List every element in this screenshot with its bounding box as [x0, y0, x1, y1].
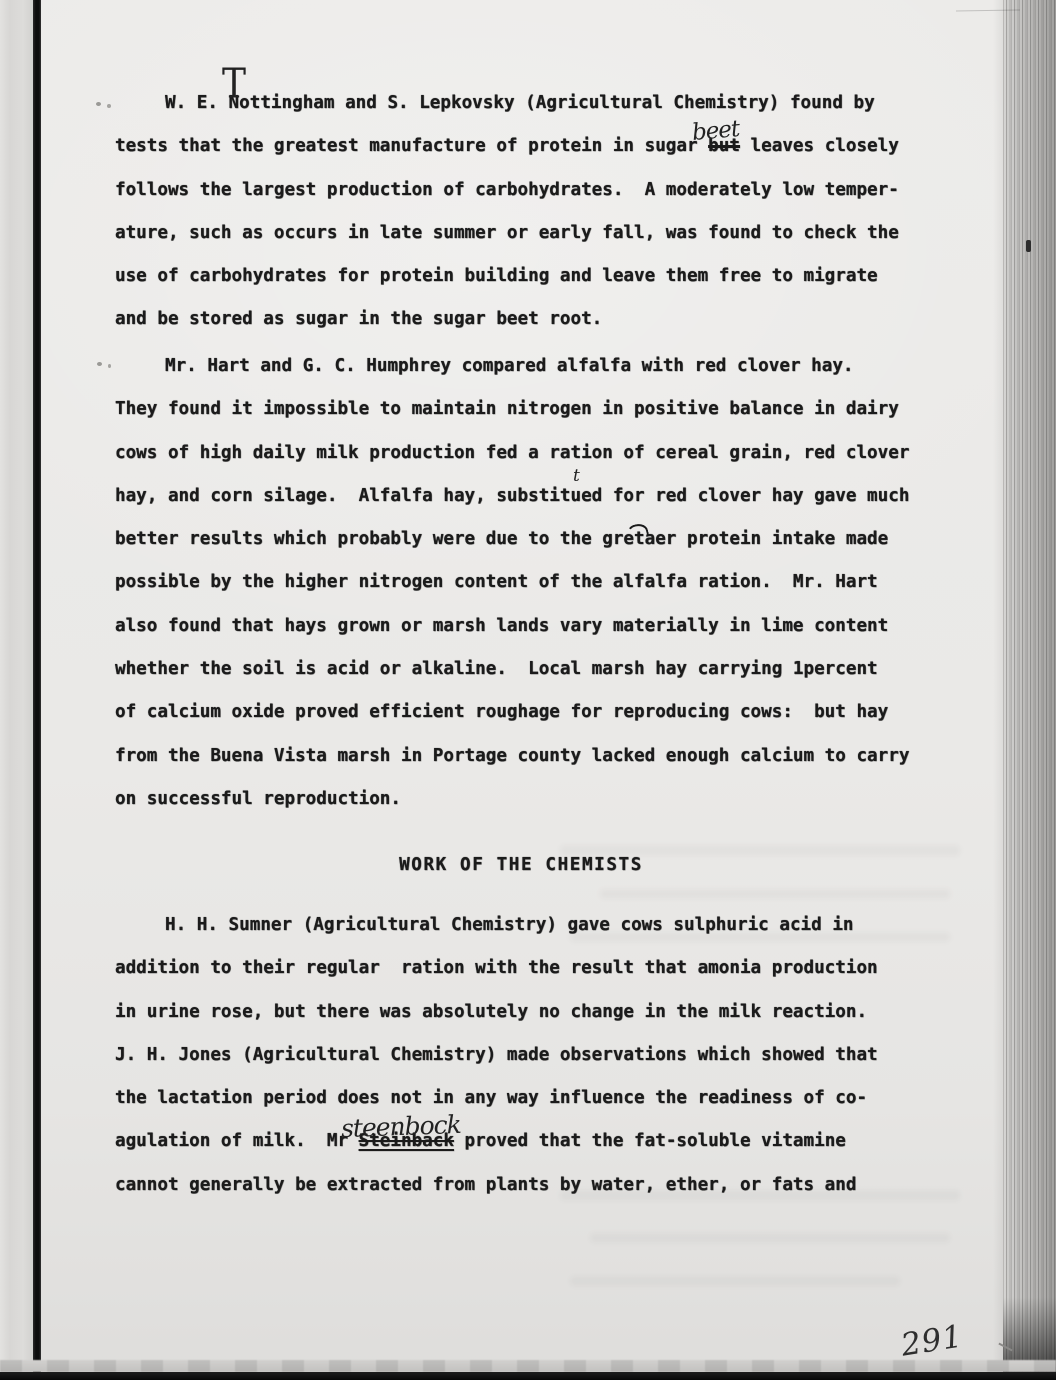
text-segment: cannot generally be extracted from plant… [115, 1175, 856, 1195]
text-segment: of calcium oxide proved efficient rougha… [115, 702, 888, 722]
paragraph-3: H. H. Sumner (Agricultural Chemistry) ga… [115, 904, 927, 1207]
text-segment: the lactation period does not in any way… [115, 1088, 867, 1108]
text-line: cannot generally be extracted from plant… [115, 1164, 927, 1207]
text-line: whether the soil is acid or alkaline. Lo… [115, 648, 927, 691]
text-line: also found that hays grown or marsh land… [115, 605, 927, 648]
text-line: hay, and corn silage. Alfalfa hay, subst… [115, 475, 927, 518]
handwritten-t-insert: t [573, 466, 580, 486]
text-segment: W. E. Nottingham and S. Lepkovsky (Agric… [165, 93, 875, 113]
paragraph-2: Mr. Hart and G. C. Humphrey compared alf… [115, 345, 927, 821]
text-segment: whether the soil is acid or alkaline. Lo… [115, 659, 878, 679]
text-line: They found it impossible to maintain nit… [115, 388, 927, 431]
text-segment: proved that the fat-soluble vitamine [454, 1131, 846, 1151]
text-line: and be stored as sugar in the sugar beet… [115, 298, 927, 341]
paragraph-1: W. E. Nottingham and S. Lepkovsky (Agric… [115, 82, 927, 342]
scan-edge-left-rule [33, 0, 41, 1380]
text-segment: on successful reproduction. [115, 789, 401, 809]
text-segment: better results which probably were due t… [115, 529, 888, 549]
text-line: cows of high daily milk production fed a… [115, 432, 927, 475]
text-segment: and be stored as sugar in the sugar beet… [115, 309, 602, 329]
text-line: the lactation period does not in any way… [115, 1077, 927, 1120]
text-segment: H. H. Sumner (Agricultural Chemistry) ga… [165, 915, 854, 935]
handwritten-t-correction: T [222, 61, 246, 108]
text-line: of calcium oxide proved efficient rougha… [115, 691, 927, 734]
scan-speck [108, 364, 111, 368]
text-line: ature, such as occurs in late summer or … [115, 212, 927, 255]
text-line: in urine rose, but there was absolutely … [115, 991, 927, 1034]
text-line: agulation of milk. Mr Steinback proved t… [115, 1120, 927, 1163]
text-segment: use of carbohydrates for protein buildin… [115, 266, 878, 286]
page-edge-mark [1026, 240, 1031, 252]
text-segment: addition to their regular ration with th… [115, 958, 878, 978]
text-line: follows the largest production of carboh… [115, 169, 927, 212]
ink-bleed-smudge [600, 889, 950, 899]
text-segment: also found that hays grown or marsh land… [115, 616, 888, 636]
text-line: possible by the higher nitrogen content … [115, 561, 927, 604]
text-line: J. H. Jones (Agricultural Chemistry) mad… [115, 1034, 927, 1077]
scan-speck [96, 102, 101, 106]
paper-right-seam [993, 0, 1003, 1380]
section-heading: WORK OF THE CHEMISTS [115, 844, 927, 887]
text-segment: ature, such as occurs in late summer or … [115, 223, 899, 243]
text-segment: tests that the greatest manufacture of p… [115, 136, 708, 156]
text-segment: They found it impossible to maintain nit… [115, 399, 899, 419]
text-segment: from the Buena Vista marsh in Portage co… [115, 746, 909, 766]
scan-edge-bottom-rule [0, 1372, 1056, 1380]
text-segment: agulation of milk. Mr [115, 1131, 359, 1151]
scan-speck [107, 104, 111, 108]
handwritten-beet-correction: beet [691, 116, 740, 146]
handwritten-steenbock-correction: steenbock [341, 1110, 462, 1143]
ink-bleed-smudge [590, 1233, 950, 1243]
scanner-left-margin [0, 0, 33, 1380]
text-line: addition to their regular ration with th… [115, 947, 927, 990]
text-line: Mr. Hart and G. C. Humphrey compared alf… [115, 345, 927, 388]
book-page-edges [1003, 0, 1056, 1380]
scan-speck [97, 362, 102, 366]
text-line: use of carbohydrates for protein buildin… [115, 255, 927, 298]
handwritten-page-number: 291 [899, 1318, 966, 1363]
text-segment: J. H. Jones (Agricultural Chemistry) mad… [115, 1045, 878, 1065]
scanned-document-page: W. E. Nottingham and S. Lepkovsky (Agric… [0, 0, 1056, 1380]
text-segment: possible by the higher nitrogen content … [115, 572, 878, 592]
text-segment: leaves closely [740, 136, 899, 156]
text-line: H. H. Sumner (Agricultural Chemistry) ga… [115, 904, 927, 947]
text-segment: cows of high daily milk production fed a… [115, 443, 909, 463]
ink-bleed-smudge [570, 1276, 900, 1286]
text-line: on successful reproduction. [115, 778, 927, 821]
text-segment: hay, and corn silage. Alfalfa hay, subst… [115, 486, 909, 506]
text-segment: Mr. Hart and G. C. Humphrey compared alf… [165, 356, 854, 376]
text-segment: follows the largest production of carboh… [115, 180, 899, 200]
scan-bottom-shadow [0, 1360, 1056, 1372]
text-line: from the Buena Vista marsh in Portage co… [115, 735, 927, 778]
text-line: tests that the greatest manufacture of p… [115, 125, 927, 168]
text-segment: in urine rose, but there was absolutely … [115, 1002, 867, 1022]
text-line: better results which probably were due t… [115, 518, 927, 561]
